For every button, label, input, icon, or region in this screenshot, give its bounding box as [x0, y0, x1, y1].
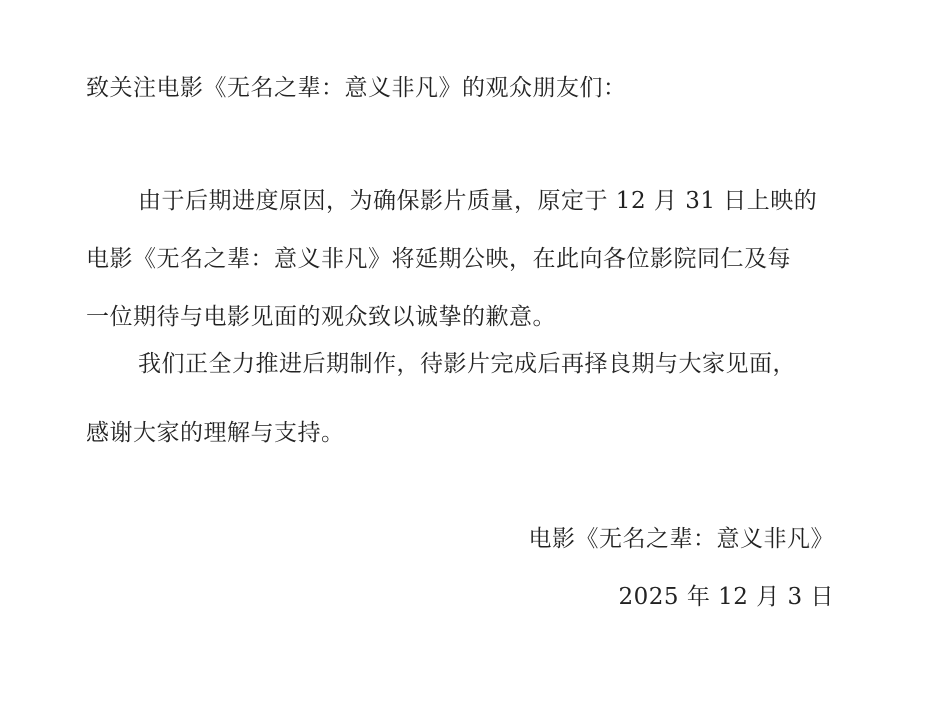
paragraph-line: 我们正全力推进后期制作，待影片完成后再择良期与大家见面，	[138, 349, 796, 379]
paragraph-line: 一位期待与电影见面的观众致以诚挚的歉意。	[86, 302, 556, 332]
greeting-line: 致关注电影《无名之辈：意义非凡》的观众朋友们：	[86, 73, 627, 103]
paragraph-line: 感谢大家的理解与支持。	[86, 418, 345, 448]
signature-organization: 电影《无名之辈：意义非凡》	[529, 524, 835, 554]
paragraph-line: 由于后期进度原因，为确保影片质量，原定于 12 月 31 日上映的	[138, 186, 817, 216]
paragraph-line: 电影《无名之辈：意义非凡》将延期公映，在此向各位影院同仁及每	[86, 244, 791, 274]
signature-date: 2025 年 12 月 3 日	[619, 582, 835, 612]
announcement-document: 致关注电影《无名之辈：意义非凡》的观众朋友们： 由于后期进度原因，为确保影片质量…	[0, 0, 944, 707]
